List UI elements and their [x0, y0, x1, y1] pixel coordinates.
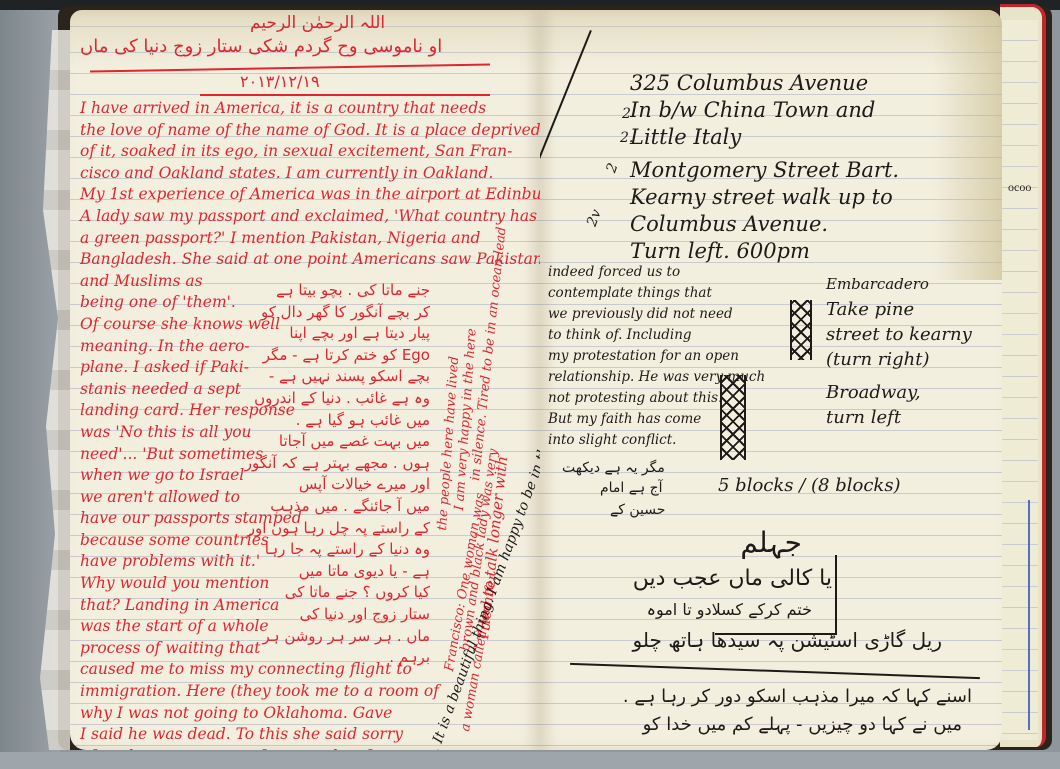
section-divider: [570, 663, 980, 679]
text-line: of my love one more, after months of sep…: [80, 746, 410, 750]
address-line: Montgomery Street Bart.: [630, 157, 899, 184]
address-line: Little Italy: [630, 124, 899, 151]
left-page: اللہ الرحمٰن الرحیم او ناموسی وح گردم شک…: [70, 10, 540, 750]
text-line: Bangladesh. She said at one point Americ…: [80, 249, 540, 271]
text-line: A lady saw my passport and exclaimed, 'W…: [80, 206, 540, 228]
urdu-line: ہے - یا دیوی ماتا میں: [250, 561, 430, 583]
urdu-large-line: یا کالی ماں عجب دیں: [633, 566, 832, 591]
address-line: Turn left. 600pm: [630, 238, 899, 265]
urdu-title: او ناموسی وح گردم شکی ستار زوج دنیا کی م…: [80, 36, 442, 57]
urdu-bottom-line: میں نے کہا دو چیزیں - پہلے کم میں خدا کو: [643, 714, 962, 735]
urdu-line: Ego کو ختم کرتا ہے - مگر: [250, 345, 430, 367]
urdu-large-heading: جہلم: [740, 526, 802, 559]
urdu-journal-text: جنے ماتا کی . بچو بیتا ہے کر بچے آنگور ک…: [250, 280, 430, 669]
direction-line: (turn right): [826, 347, 972, 372]
text-line: I said he was dead. To this she said sor…: [80, 724, 410, 746]
direction-line: turn left: [826, 405, 972, 430]
direction-line: Take pine: [826, 297, 972, 322]
note-line: indeed forced us to: [548, 262, 765, 283]
water-stain-right: [932, 10, 1002, 280]
urdu-note: آج ہے امام: [600, 480, 663, 496]
urdu-line: اور میرے خیالات آپس: [250, 474, 430, 496]
urdu-line: میں غائب ہو گیا ہے .: [250, 410, 430, 432]
address-block: 325 Columbus Avenue In b/w China Town an…: [630, 70, 899, 265]
direction-line: Embarcadero: [826, 272, 972, 297]
bracket-line: [835, 555, 837, 635]
note-line: my protestation for an open: [548, 346, 765, 367]
direction-line: street to kearny: [826, 322, 972, 347]
urdu-bottom-line: اسنے کہا کہ میرا مذہب اسکو دور کر رہا ہے…: [623, 686, 972, 707]
urdu-line: کے راستے پہ چل رہا ہوں اور: [250, 518, 430, 540]
edge-mark: ocoo: [1008, 180, 1031, 195]
bismillah-heading: اللہ الرحمٰن الرحیم: [250, 12, 385, 33]
urdu-line: ستار زوج اور دنیا کی: [250, 604, 430, 626]
margin-number: 2v: [584, 207, 605, 228]
scan-background-bottom: [0, 752, 1060, 769]
urdu-line: وہ ہے غائب . دنیا کے اندروں: [250, 388, 430, 410]
urdu-line: ہوں . مجھے بہتر ہے کہ آنگور: [250, 453, 430, 475]
address-line: Kearny street walk up to: [630, 184, 899, 211]
urdu-note: مگر یہ ہے دیکھت: [562, 460, 665, 476]
urdu-line: وہ دنیا کے راستے پہ جا رہا: [250, 539, 430, 561]
urdu-line: ماں . ہر سر ہر روشن ہر: [250, 626, 430, 648]
date-underline: [200, 94, 490, 96]
note-line: to think of. Including: [548, 325, 765, 346]
urdu-line: میں بہت غصے میں آجاتا: [250, 431, 430, 453]
notebook-page-edges: ocoo: [1002, 20, 1038, 740]
text-line: My 1st experience of America was in the …: [80, 184, 540, 206]
urdu-line: پیار دیتا ہے اور بچے اپنا: [250, 323, 430, 345]
direction-line: Broadway,: [826, 380, 972, 405]
margin-number: 2: [603, 161, 621, 175]
urdu-line: جنے ماتا کی . بچو بیتا ہے: [250, 280, 430, 302]
blocks-note: 5 blocks / (8 blocks): [718, 475, 901, 496]
urdu-line: برہم .: [250, 647, 430, 669]
address-line: In b/w China Town and: [630, 97, 899, 124]
urdu-line: کر بچے آنگور کا گھر دال کو: [250, 302, 430, 324]
entry-date: ۲۰۱۳/۱۲/۱۹: [240, 72, 320, 91]
address-line: Columbus Avenue.: [630, 211, 899, 238]
text-line: the love of name of the name of God. It …: [80, 120, 540, 142]
text-line: cisco and Oakland states. I am currently…: [80, 163, 540, 185]
note-line: contemplate things that: [548, 283, 765, 304]
text-line: immigration. Here (they took me to a roo…: [80, 681, 410, 703]
urdu-large-line: ریل گاڑی اسٹیشن پہ سیدھا ہاتھ چلو: [633, 628, 942, 652]
urdu-line: کیا کروں ؟ جنے ماتا کی: [250, 582, 430, 604]
directions-block: Embarcadero Take pine street to kearny (…: [826, 272, 972, 430]
urdu-line: بچے اسکو پسند نہیں ہے -: [250, 366, 430, 388]
text-line: of it, soaked in its ego, in sexual exci…: [80, 141, 540, 163]
text-line: why I was not going to Oklahoma. Gave: [80, 703, 410, 725]
text-line: a green passport?' I mention Pakistan, N…: [80, 228, 540, 250]
text-line: I have arrived in America, it is a count…: [80, 98, 540, 120]
address-line: 325 Columbus Avenue: [630, 70, 899, 97]
tower-sketch: [790, 300, 812, 360]
right-page: 2 2. 2 2v 325 Columbus Avenue In b/w Chi…: [540, 10, 1002, 750]
urdu-large-line: ختم کرکے کسلادو تا اموہ: [647, 600, 812, 619]
urdu-line: میں آ جائنگے . میں مذہب: [250, 496, 430, 518]
urdu-note: حسین کے: [610, 502, 665, 518]
note-line: we previously did not need: [548, 304, 765, 325]
blue-ink-line: [1028, 500, 1030, 730]
tower-sketch: [720, 375, 746, 460]
